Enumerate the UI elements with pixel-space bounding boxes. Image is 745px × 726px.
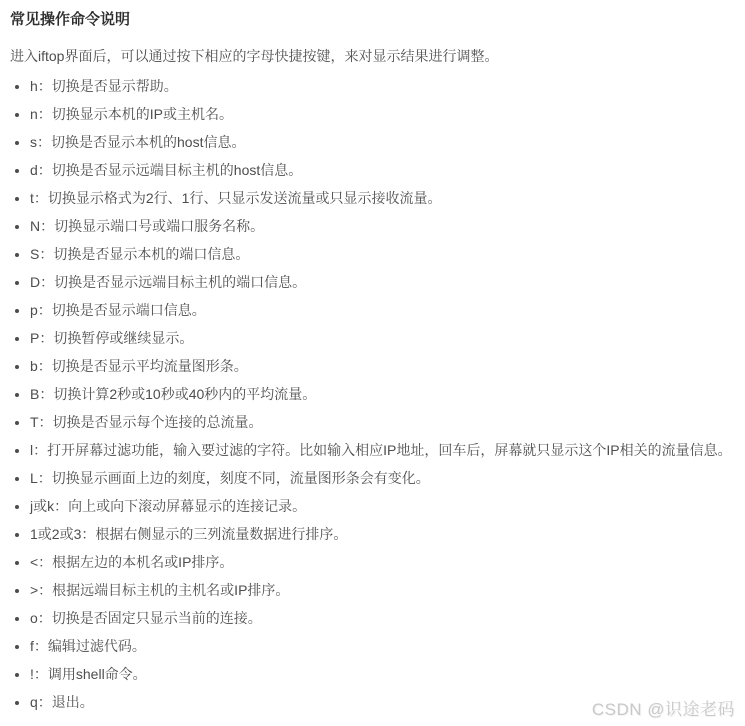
shortcut-item-D: D：切换是否显示远端目标主机的端口信息。 — [30, 268, 735, 296]
shortcut-item-S: S：切换是否显示本机的端口信息。 — [30, 240, 735, 268]
section-heading: 常见操作命令说明 — [10, 10, 735, 30]
shortcut-item-b: b：切换是否显示平均流量图形条。 — [30, 352, 735, 380]
shortcut-item-s: s：切换是否显示本机的host信息。 — [30, 128, 735, 156]
shortcut-list: h：切换是否显示帮助。 n：切换显示本机的IP或主机名。 s：切换是否显示本机的… — [10, 72, 735, 716]
shortcut-item-lt: <：根据左边的本机名或IP排序。 — [30, 548, 735, 576]
shortcut-item-f: f：编辑过滤代码。 — [30, 632, 735, 660]
shortcut-item-gt: >：根据远端目标主机的主机名或IP排序。 — [30, 576, 735, 604]
shortcut-item-excl: !：调用shell命令。 — [30, 660, 735, 688]
shortcut-item-jk: j或k：向上或向下滚动屏幕显示的连接记录。 — [30, 492, 735, 520]
shortcut-item-p: p：切换是否显示端口信息。 — [30, 296, 735, 324]
shortcut-item-d: d：切换是否显示远端目标主机的host信息。 — [30, 156, 735, 184]
shortcut-item-P: P：切换暂停或继续显示。 — [30, 324, 735, 352]
intro-paragraph: 进入iftop界面后，可以通过按下相应的字母快捷按键，来对显示结果进行调整。 — [10, 46, 735, 66]
shortcut-item-o: o：切换是否固定只显示当前的连接。 — [30, 604, 735, 632]
shortcut-item-l: l：打开屏幕过滤功能，输入要过滤的字符。比如输入相应IP地址，回车后，屏幕就只显… — [30, 436, 735, 464]
shortcut-item-B: B：切换计算2秒或10秒或40秒内的平均流量。 — [30, 380, 735, 408]
shortcut-item-N: N：切换显示端口号或端口服务名称。 — [30, 212, 735, 240]
shortcut-item-123: 1或2或3：根据右侧显示的三列流量数据进行排序。 — [30, 520, 735, 548]
shortcut-item-t: t：切换显示格式为2行、1行、只显示发送流量或只显示接收流量。 — [30, 184, 735, 212]
article-content: 常见操作命令说明 进入iftop界面后，可以通过按下相应的字母快捷按键，来对显示… — [0, 0, 745, 716]
shortcut-item-h: h：切换是否显示帮助。 — [30, 72, 735, 100]
shortcut-item-L: L：切换显示画面上边的刻度，刻度不同，流量图形条会有变化。 — [30, 464, 735, 492]
shortcut-item-T: T：切换是否显示每个连接的总流量。 — [30, 408, 735, 436]
csdn-watermark: CSDN @识途老码 — [592, 695, 735, 720]
shortcut-item-n: n：切换显示本机的IP或主机名。 — [30, 100, 735, 128]
